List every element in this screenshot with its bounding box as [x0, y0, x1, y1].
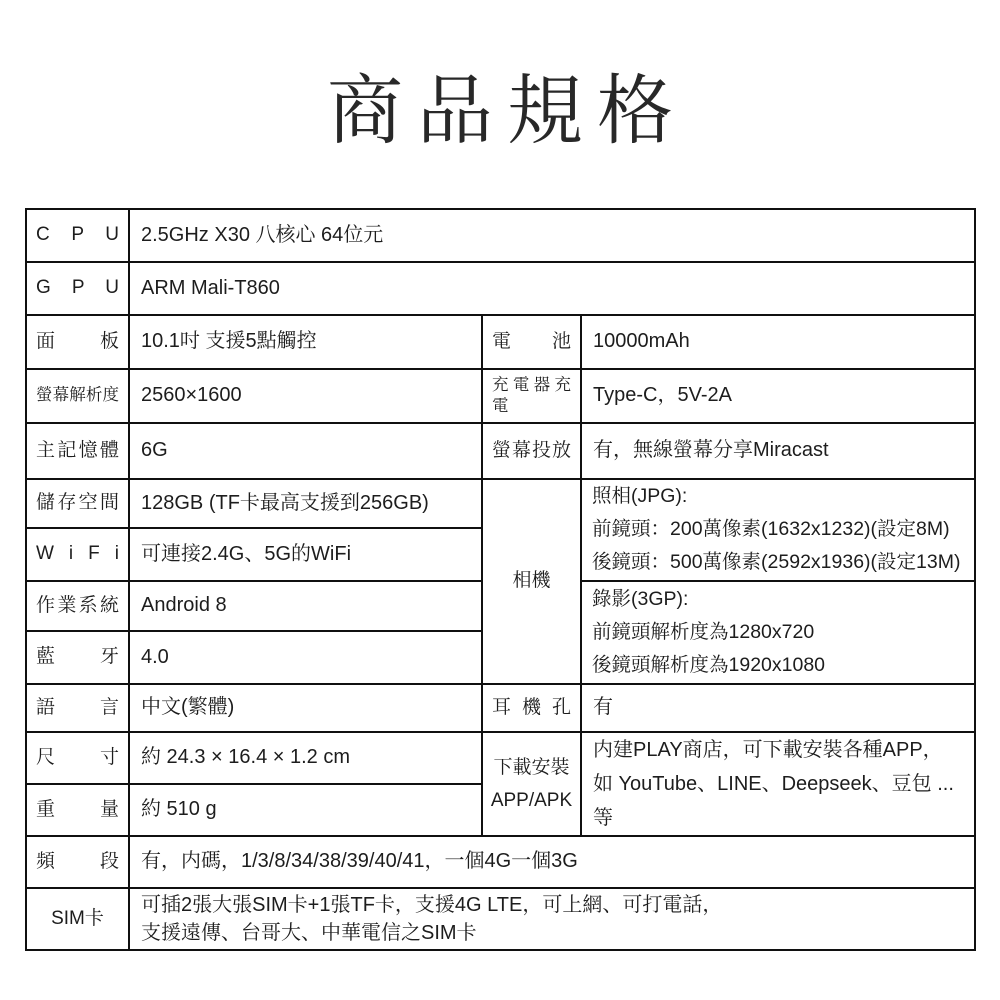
- wifi-label: W i F i: [26, 528, 129, 581]
- band-value: 有，内碼，1/3/8/34/38/39/40/41，一個4G一個3G: [129, 836, 975, 888]
- spec-row: 儲存空間 128GB (TF卡最高支援到256GB) 相機 照相(JPG): 前…: [26, 479, 975, 528]
- resolution-label: 螢幕解析度: [26, 369, 129, 423]
- weight-label: 重量: [26, 784, 129, 836]
- gpu-value: ARM Mali-T860: [129, 262, 975, 315]
- download-label-line1: 下載安裝: [487, 751, 576, 784]
- download-value-line2: 如 YouTube、LINE、Deepseek、豆包 ...等: [593, 767, 963, 835]
- camera-photo-front: 前鏡頭：200萬像素(1632x1232)(設定8M): [592, 513, 964, 546]
- os-label: 作業系統: [26, 581, 129, 631]
- battery-value: 10000mAh: [581, 315, 975, 369]
- spec-row: 螢幕解析度 2560×1600 充電器充電 Type-C，5V-2A: [26, 369, 975, 423]
- charger-value: Type-C，5V-2A: [581, 369, 975, 423]
- download-value: 内建PLAY商店，可下載安裝各種APP， 如 YouTube、LINE、Deep…: [581, 732, 975, 836]
- bluetooth-label: 藍牙: [26, 631, 129, 684]
- charger-label: 充電器充電: [482, 369, 581, 423]
- camera-photo-title: 照相(JPG):: [592, 480, 964, 513]
- camera-video-title: 錄影(3GP):: [592, 583, 964, 616]
- download-label-line2: APP/APK: [487, 784, 576, 817]
- camera-label: 相機: [482, 479, 581, 684]
- battery-label: 電池: [482, 315, 581, 369]
- spec-row: 主記憶體 6G 螢幕投放 有，無線螢幕分享Miracast: [26, 423, 975, 479]
- camera-photo-rear: 後鏡頭：500萬像素(2592x1936)(設定13M): [592, 546, 964, 579]
- language-label: 語言: [26, 684, 129, 732]
- spec-row: SIM卡 可插2張大張SIM卡+1張TF卡，支援4G LTE，可上網、可打電話，…: [26, 888, 975, 950]
- wifi-value: 可連接2.4G、5G的WiFi: [129, 528, 482, 581]
- spec-row: 面板 10.1吋 支援5點觸控 電池 10000mAh: [26, 315, 975, 369]
- band-label: 頻段: [26, 836, 129, 888]
- dimensions-value: 約 24.3 × 16.4 × 1.2 cm: [129, 732, 482, 784]
- cpu-label: C P U: [26, 209, 129, 262]
- cpu-value: 2.5GHz X30 八核心 64位元: [129, 209, 975, 262]
- gpu-label: G P U: [26, 262, 129, 315]
- spec-row: 尺寸 約 24.3 × 16.4 × 1.2 cm 下載安裝 APP/APK 内…: [26, 732, 975, 784]
- camera-video-cell: 錄影(3GP): 前鏡頭解析度為1280x720 後鏡頭解析度為1920x108…: [581, 581, 975, 684]
- headphone-value: 有: [581, 684, 975, 732]
- page-title: 商品規格: [0, 72, 1000, 152]
- spec-row: 語言 中文(繁體) 耳機孔 有: [26, 684, 975, 732]
- spec-row: C P U 2.5GHz X30 八核心 64位元: [26, 209, 975, 262]
- panel-label: 面板: [26, 315, 129, 369]
- bluetooth-value: 4.0: [129, 631, 482, 684]
- sim-value-line1: 可插2張大張SIM卡+1張TF卡，支援4G LTE，可上網、可打電話，: [141, 891, 963, 919]
- camera-video-front: 前鏡頭解析度為1280x720: [592, 616, 964, 649]
- download-label: 下載安裝 APP/APK: [482, 732, 581, 836]
- camera-photo-cell: 照相(JPG): 前鏡頭：200萬像素(1632x1232)(設定8M) 後鏡頭…: [581, 479, 975, 581]
- storage-label: 儲存空間: [26, 479, 129, 528]
- spec-row: 頻段 有，内碼，1/3/8/34/38/39/40/41，一個4G一個3G: [26, 836, 975, 888]
- storage-value: 128GB (TF卡最高支援到256GB): [129, 479, 482, 528]
- weight-value: 約 510 g: [129, 784, 482, 836]
- screencast-value: 有，無線螢幕分享Miracast: [581, 423, 975, 479]
- download-value-line1: 内建PLAY商店，可下載安裝各種APP，: [593, 733, 963, 767]
- sim-value: 可插2張大張SIM卡+1張TF卡，支援4G LTE，可上網、可打電話， 支援遠傳…: [129, 888, 975, 950]
- memory-value: 6G: [129, 423, 482, 479]
- language-value: 中文(繁體): [129, 684, 482, 732]
- panel-value: 10.1吋 支援5點觸控: [129, 315, 482, 369]
- spec-row: G P U ARM Mali-T860: [26, 262, 975, 315]
- os-value: Android 8: [129, 581, 482, 631]
- memory-label: 主記憶體: [26, 423, 129, 479]
- camera-video-rear: 後鏡頭解析度為1920x1080: [592, 649, 964, 682]
- spec-table: C P U 2.5GHz X30 八核心 64位元 G P U ARM Mali…: [25, 208, 976, 951]
- sim-label: SIM卡: [26, 888, 129, 950]
- dimensions-label: 尺寸: [26, 732, 129, 784]
- headphone-label: 耳機孔: [482, 684, 581, 732]
- resolution-value: 2560×1600: [129, 369, 482, 423]
- screencast-label: 螢幕投放: [482, 423, 581, 479]
- sim-value-line2: 支援遠傳、台哥大、中華電信之SIM卡: [141, 919, 963, 947]
